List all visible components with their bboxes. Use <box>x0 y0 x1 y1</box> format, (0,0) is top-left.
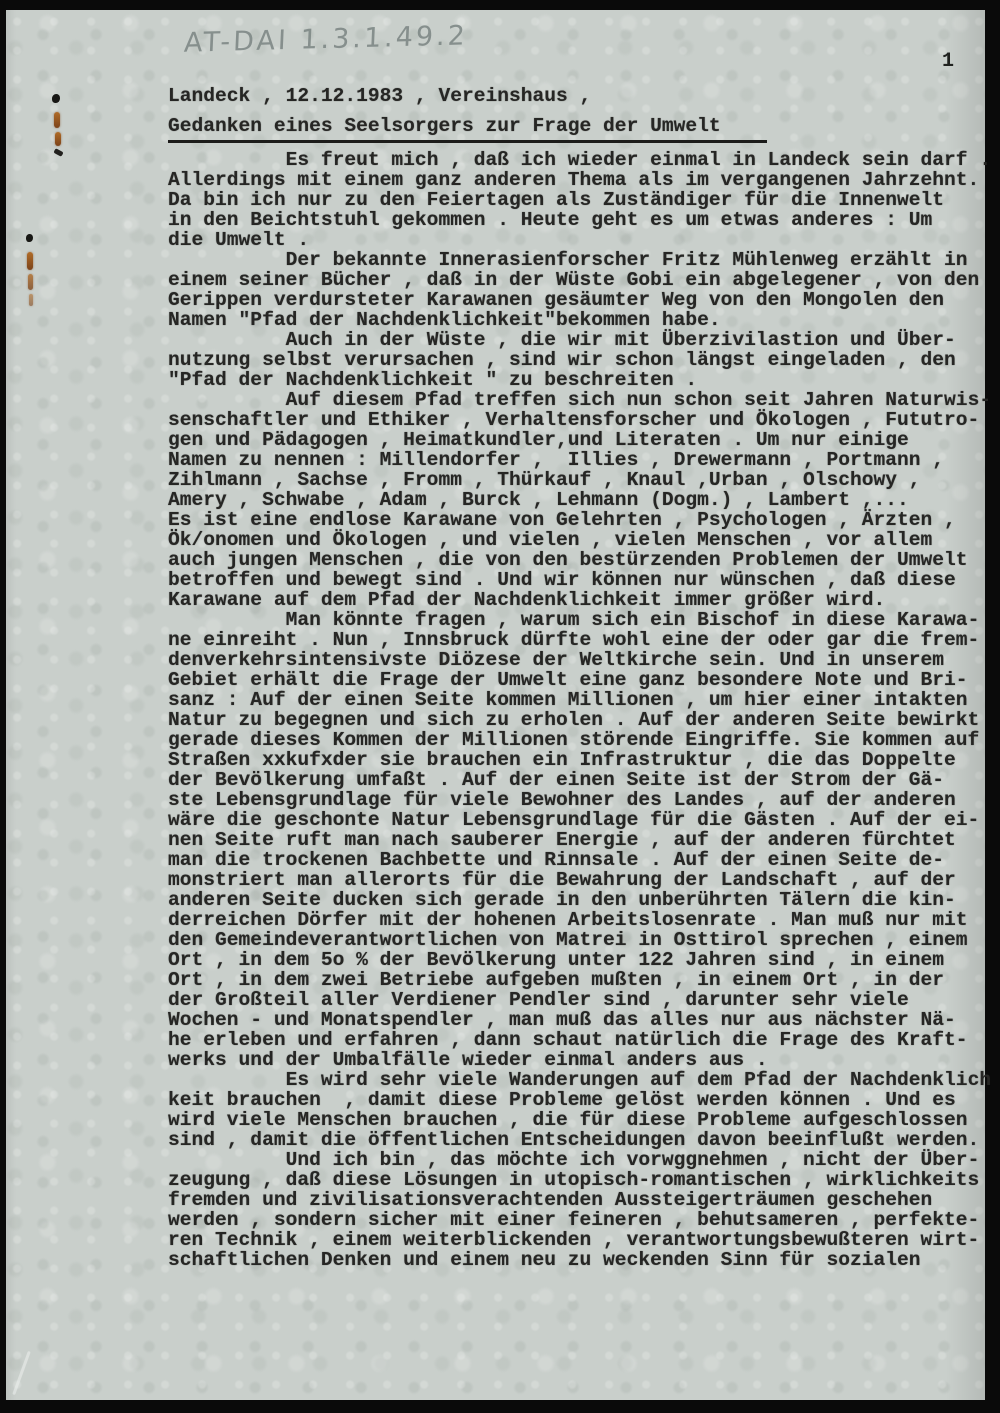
paragraph-2: Der bekannte Innerasienforscher Fritz Mü… <box>168 250 992 330</box>
staple-dot-mark <box>52 94 60 103</box>
paragraph-7: Und ich bin , das möchte ich vorwggnehme… <box>168 1150 992 1270</box>
paragraph-3: Auch in der Wüste , die wir mit Überzivi… <box>168 330 992 390</box>
paragraph-6: Es wird sehr viele Wanderungen auf dem P… <box>168 1070 992 1150</box>
rust-stain-mark <box>27 252 33 270</box>
scanned-page: AT-DAI 1.3.1.49.2 1 Landeck , 12.12.1983… <box>0 0 1000 1413</box>
archive-reference-handwriting: AT-DAI 1.3.1.49.2 <box>183 20 468 58</box>
paragraph-4: Auf diesem Pfad treffen sich nun schon s… <box>168 390 992 610</box>
paragraph-1: Es freut mich , daß ich wieder einmal in… <box>168 150 992 250</box>
paragraph-5: Man könnte fragen , warum sich ein Bisch… <box>168 610 992 1070</box>
document-title-row: Gedanken eines Seelsorgers zur Frage der… <box>168 116 992 143</box>
ink-speck-mark <box>53 148 63 157</box>
staple-dot-mark <box>26 234 33 242</box>
page-number: 1 <box>942 50 954 73</box>
rust-stain-mark <box>29 294 33 306</box>
rust-stain-mark <box>28 274 33 290</box>
rust-stain-mark <box>54 112 60 128</box>
typewritten-text: Landeck , 12.12.1983 , Vereinshaus , Ged… <box>168 86 992 1270</box>
dateline: Landeck , 12.12.1983 , Vereinshaus , <box>168 86 992 106</box>
paper-sheet: AT-DAI 1.3.1.49.2 1 Landeck , 12.12.1983… <box>6 10 985 1400</box>
rust-stain-mark <box>55 132 61 146</box>
paper-scratch <box>12 1351 31 1395</box>
document-title: Gedanken eines Seelsorgers zur Frage der… <box>168 116 767 143</box>
